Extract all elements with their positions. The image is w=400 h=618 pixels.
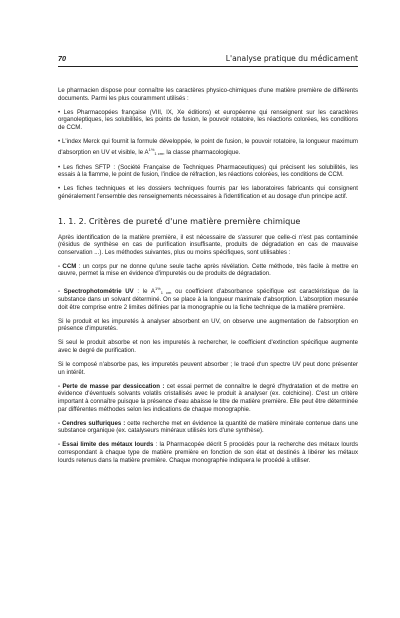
page-header: 70 L'analyse pratique du médicament: [58, 50, 358, 67]
intro-paragraph: Le pharmacien dispose pour connaître les…: [58, 87, 358, 102]
uv-note-1: Si le produit et les impuretés à analyse…: [58, 318, 358, 333]
source-sftp: • Les fiches SFTP : (Société Française d…: [58, 164, 358, 179]
section-heading: 1. 1. 2. Critères de pureté d'une matièr…: [58, 216, 358, 226]
source-fiches-techniques: • Les fiches techniques et les dossiers …: [58, 185, 358, 200]
uv-note-2: Si seul le produit absorbe et non les im…: [58, 339, 358, 354]
source-pharmacopees: • Les Pharmacopées française (VIII, IX, …: [58, 109, 358, 132]
method-ccm: - CCM : un corps pur ne donne qu'une seu…: [58, 263, 358, 278]
method-metaux-lourds: - Essai limite des métaux lourds : la Ph…: [58, 441, 358, 464]
method-uv: - Spectrophotométrie UV : le A1%1 cm ou …: [58, 285, 358, 312]
method-perte-masse: - Perte de masse par dessiccation : cet …: [58, 383, 358, 413]
document-page: 70 L'analyse pratique du médicament Le p…: [58, 50, 358, 464]
method-cendres: - Cendres sulfuriques : cette recherche …: [58, 420, 358, 435]
section-intro: Après identification de la matière premi…: [58, 234, 358, 257]
source-merck: • L'index Merck qui fournit la formule d…: [58, 138, 358, 157]
page-number: 70: [58, 54, 66, 63]
running-title: L'analyse pratique du médicament: [226, 54, 358, 63]
uv-note-3: Si le composé n'absorbe pas, les impuret…: [58, 361, 358, 376]
